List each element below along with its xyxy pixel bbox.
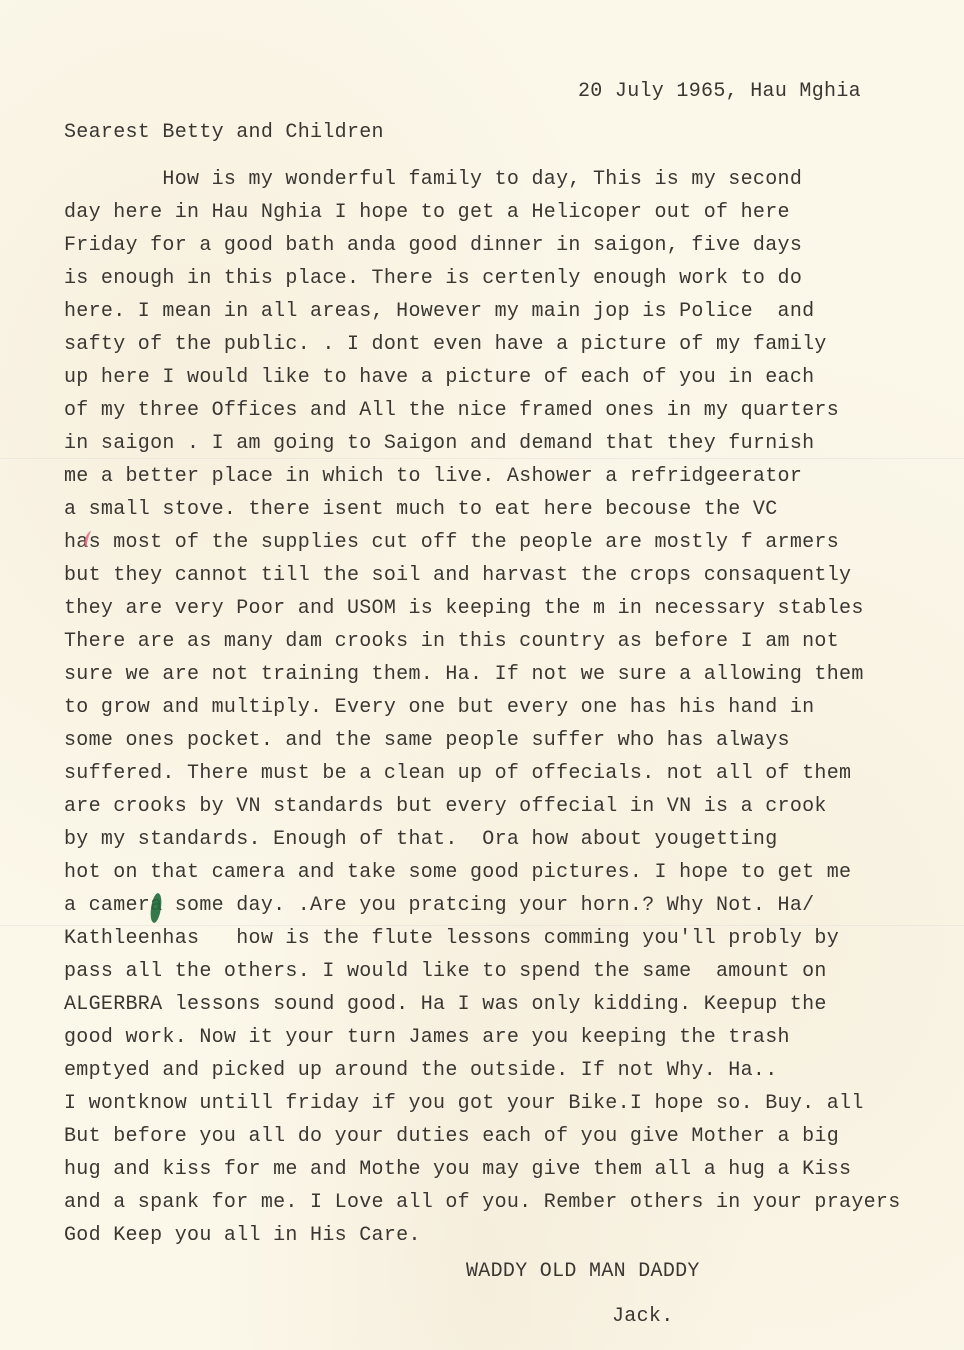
letter-line: Friday for a good bath anda good dinner … (64, 236, 901, 269)
letter-line: of my three Offices and All the nice fra… (64, 401, 901, 434)
letter-line: good work. Now it your turn James are yo… (64, 1028, 901, 1061)
letter-line: up here I would like to have a picture o… (64, 368, 901, 401)
letter-line: God Keep you all in His Care. (64, 1226, 901, 1259)
letter-line: here. I mean in all areas, However my ma… (64, 302, 901, 335)
letter-salutation: Searest Betty and Children (64, 123, 384, 143)
letter-body: How is my wonderful family to day, This … (64, 170, 901, 1259)
letter-line: me a better place in which to live. Asho… (64, 467, 901, 500)
letter-line: But before you all do your duties each o… (64, 1127, 901, 1160)
letter-line: are crooks by VN standards but every off… (64, 797, 901, 830)
letter-line: day here in Hau Nghia I hope to get a He… (64, 203, 901, 236)
letter-line: hug and kiss for me and Mothe you may gi… (64, 1160, 901, 1193)
letter-line: There are as many dam crooks in this cou… (64, 632, 901, 665)
letter-line: hot on that camera and take some good pi… (64, 863, 901, 896)
letter-line: and a spank for me. I Love all of you. R… (64, 1193, 901, 1226)
letter-line: by my standards. Enough of that. Ora how… (64, 830, 901, 863)
letter-line: a camera some day. .Are you pratcing you… (64, 896, 901, 929)
letter-line: in saigon . I am going to Saigon and dem… (64, 434, 901, 467)
letter-dateline: 20 July 1965, Hau Mghia (578, 82, 861, 102)
letter-line: Kathleenhas how is the flute lessons com… (64, 929, 901, 962)
letter-line: some ones pocket. and the same people su… (64, 731, 901, 764)
letter-line: has most of the supplies cut off the peo… (64, 533, 901, 566)
letter-line: to grow and multiply. Every one but ever… (64, 698, 901, 731)
letter-line: sure we are not training them. Ha. If no… (64, 665, 901, 698)
letter-line: they are very Poor and USOM is keeping t… (64, 599, 901, 632)
letter-line: is enough in this place. There is certen… (64, 269, 901, 302)
letter-line: pass all the others. I would like to spe… (64, 962, 901, 995)
letter-line: a small stove. there isent much to eat h… (64, 500, 901, 533)
letter-line: suffered. There must be a clean up of of… (64, 764, 901, 797)
letter-line: I wontknow untill friday if you got your… (64, 1094, 901, 1127)
letter-line: How is my wonderful family to day, This … (64, 170, 901, 203)
letter-line: ALGERBRA lessons sound good. Ha I was on… (64, 995, 901, 1028)
letter-line: but they cannot till the soil and harvas… (64, 566, 901, 599)
letter-signature: Jack. (612, 1307, 674, 1327)
letter-line: emptyed and picked up around the outside… (64, 1061, 901, 1094)
letter-line: safty of the public. . I dont even have … (64, 335, 901, 368)
letter-closing: WADDY OLD MAN DADDY (466, 1262, 700, 1282)
